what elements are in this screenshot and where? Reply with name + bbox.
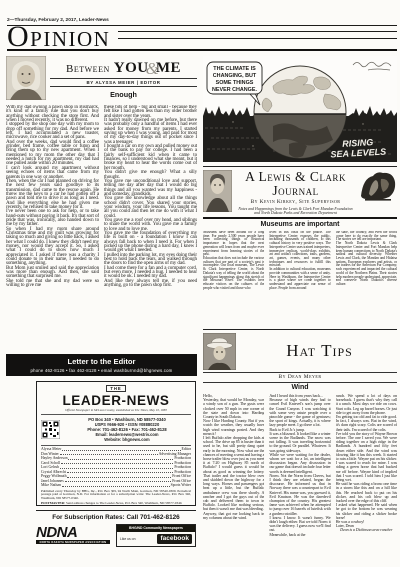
section-rule (203, 217, 397, 219)
page-folio: 2—Thursday, February 2, 2017, Leader-New… (7, 18, 397, 26)
enough-headline: Enough (50, 90, 197, 99)
dot-leader (62, 447, 180, 451)
note-line: and North Dakota Parks and Recreation De… (236, 211, 355, 215)
like-us-label: Like us on (120, 537, 135, 541)
ndna-logo: NDNA NORTH DAKOTA NEWSPAPER ASSOCIATION (36, 526, 110, 544)
letter-to-editor-box: Letter to the Editor phone 462-8126 • fa… (6, 354, 197, 376)
facebook-promo-header: BHG/ND Community Newspapers (117, 525, 195, 532)
title-me: ME (156, 60, 181, 76)
museums-headline: Museums are important (203, 221, 397, 228)
hat-tips-section: Hat Tips By Dean Meyer Wind Hello, Yeste… (203, 329, 397, 560)
facebook-logo: facebook (157, 534, 192, 544)
article-column: With my dad owning a pawn shop in Bismar… (6, 105, 99, 350)
article-column: lived in this oasis on the prairie. The … (269, 231, 330, 325)
masthead-tagline: Official Newspaper in McLean County, est… (41, 408, 191, 415)
masthead-website: Website: bhgnews.com (63, 437, 191, 442)
dot-leader (60, 465, 173, 469)
postmaster-text: Send address changes to The Leader-News,… (66, 501, 182, 505)
masthead-the: The (106, 385, 126, 392)
title-ampersand: & (146, 59, 159, 78)
dot-leader (60, 452, 158, 456)
lewis-clark-byline: By Kevin Kirkey, Site Supervisor (236, 199, 355, 205)
article-column: Hello, Yesterday, that would be Monday, … (203, 394, 264, 560)
article-column: And I heard this from years back... Beca… (269, 394, 330, 560)
article-column: ranch. We spend a lot of days on horseba… (336, 394, 397, 560)
author-signoff: Dean is a Dickinson area rancher (336, 528, 397, 532)
section-title: Opinion (7, 26, 110, 50)
right-column: THE CLIMATE IS CHANGING, BUT SOME THINGS… (203, 56, 397, 560)
title-between: Between (66, 63, 110, 75)
lewis-clark-logo (359, 170, 397, 202)
wind-headline: Wind (203, 384, 397, 391)
logo-row: NDNA NORTH DAKOTA NEWSPAPER ASSOCIATION … (36, 524, 196, 547)
hat-tips-title: Hat Tips (242, 341, 397, 361)
staff-list: Alyssa MeierEditor Don WinterAdvertising… (41, 445, 191, 488)
hat-tips-byline: By Dean Meyer (203, 372, 397, 383)
dot-leader (68, 456, 173, 460)
letter-to-editor-title: Letter to the Editor (8, 357, 195, 366)
alyssa-meier-photo (6, 56, 46, 100)
article-column: Museums have been around for a long time… (203, 231, 264, 325)
dot-leader (61, 461, 173, 465)
staff-role: Sports Writer (171, 483, 191, 488)
ndna-logo-text: NDNA (36, 526, 110, 540)
editorial-cartoon: THE CLIMATE IS CHANGING, BUT SOME THINGS… (203, 56, 397, 162)
lewis-clark-section: A Lewis & Clark Journal By Kevin Kirkey,… (203, 166, 397, 325)
bubble-line: THE CLIMATE IS (213, 66, 256, 72)
bubble-line: CHANGING, BUT (213, 73, 257, 79)
article-column: these bits of help - big and small - bec… (104, 105, 197, 350)
title-you: YOU (114, 60, 149, 76)
facebook-promo-box: BHG/ND Community Newspapers Like us on f… (116, 524, 196, 547)
section-header: Opinion (7, 26, 397, 50)
dot-leader (65, 479, 172, 483)
article-column: the state, the country, and even the wor… (336, 231, 397, 325)
lewis-clark-title: A Lewis & Clark Journal (236, 170, 355, 198)
left-column: Between YOU&ME BY ALYSSA MEIER | EDITOR … (6, 56, 197, 547)
dot-leader (67, 474, 171, 478)
ndna-logo-subtext: NORTH DAKOTA NEWSPAPER ASSOCIATION (36, 540, 110, 544)
between-you-me-byline: BY ALYSSA MEIER | EDITOR (50, 78, 197, 87)
between-you-me-body: With my dad owning a pawn shop in Bismar… (6, 105, 197, 350)
postmaster-label: POSTMASTER: (41, 501, 65, 505)
kevin-kirkey-photo (203, 170, 232, 212)
qr-code (41, 420, 60, 439)
lewis-clark-notes: Notes and Happenings from the Lewis & Cl… (236, 207, 355, 216)
postmaster-note: POSTMASTER: Send address changes to The … (41, 502, 191, 506)
newspaper-page: 2—Thursday, February 2, 2017, Leader-New… (0, 0, 400, 567)
bubble-line: SOME THINGS (216, 80, 254, 86)
between-you-me-title: Between YOU&ME (50, 57, 197, 77)
staff-row: Mike NathanSports Writer (41, 483, 191, 488)
dean-meyer-photo (203, 333, 236, 370)
dot-leader (62, 483, 170, 487)
between-you-me-section: Between YOU&ME BY ALYSSA MEIER | EDITOR … (6, 56, 197, 350)
hat-tips-body: Hello, Yesterday, that would be Monday, … (203, 394, 397, 560)
lewis-clark-body: Museums have been around for a long time… (203, 231, 397, 325)
thick-rule (7, 49, 397, 51)
staff-name: Mike Nathan (41, 483, 61, 488)
column-text: ranch. We spend a lot of days on horseba… (336, 394, 397, 528)
dot-leader (67, 470, 173, 474)
publishing-info: Published every Thursday by BHG, Inc., P… (41, 490, 191, 501)
masthead-box: The LEADER-NEWS Official Newspaper in Mc… (36, 381, 196, 506)
bubble-line: NEVER CHANGE. (212, 87, 257, 93)
letter-to-editor-contact: phone 462-8126 • fax 462-8128 • email wa… (8, 368, 195, 373)
subscription-rates-line: For Subscription Rates: Call 701-462-812… (36, 510, 196, 521)
masthead-name: LEADER-NEWS (41, 393, 191, 408)
double-rule (118, 31, 397, 39)
